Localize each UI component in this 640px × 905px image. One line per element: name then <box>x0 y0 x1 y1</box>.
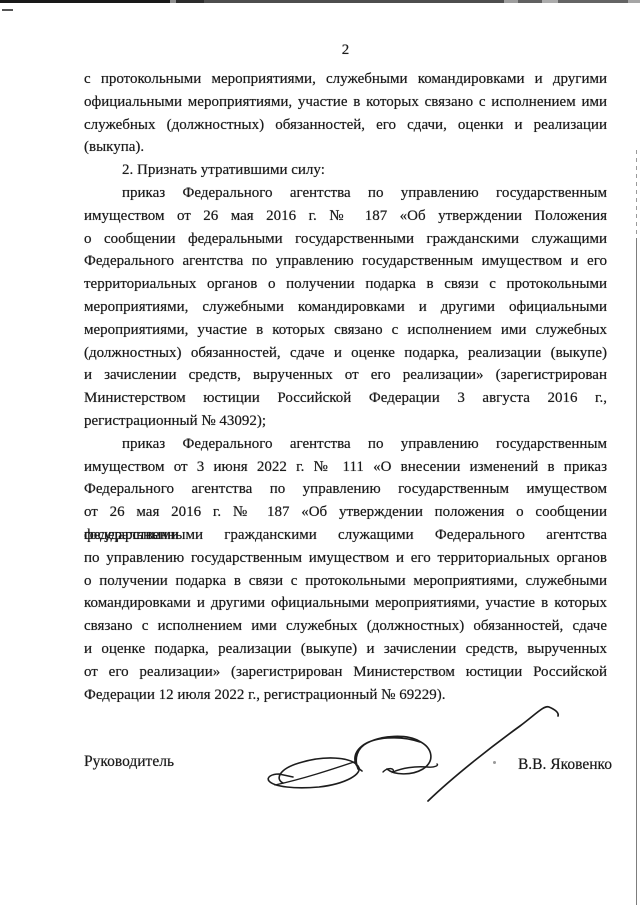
text-line: о получении подарка в связи с протокольн… <box>84 570 607 593</box>
text-line: от 26 мая 2016 г. № 187 «Об утверждении … <box>84 501 607 524</box>
text-line: имуществом от 3 июня 2022 г. № 111 «О вн… <box>84 456 607 479</box>
text-line: с протокольными мероприятиями, служебным… <box>84 68 607 91</box>
text-line: территориальных органов о получении пода… <box>84 273 607 296</box>
scan-right-edge-dashed-artifact <box>636 150 637 238</box>
text-line: Федерального агентства по управлению гос… <box>84 250 607 273</box>
text-line: государственными гражданскими служащими … <box>84 524 607 547</box>
text-line: Федерального агентства по управлению гос… <box>84 478 607 501</box>
text-line: по управлению государственным имуществом… <box>84 547 607 570</box>
text-line: официальными мероприятиями, участие в ко… <box>84 91 607 114</box>
text-line: и зачислении средств, вырученных от его … <box>84 364 607 387</box>
text-line: от его реализации» (зарегистрирован Мини… <box>84 661 607 684</box>
text-line: мероприятиями, служебными командировками… <box>84 296 607 319</box>
text-line: приказ Федерального агентства по управле… <box>84 182 607 205</box>
text-line: связано с исполнением ими служебных (дол… <box>84 615 607 638</box>
scan-noise-tick <box>2 9 13 11</box>
text-line: служебных (должностных) обязанностей, ег… <box>84 114 607 137</box>
signatory-name: В.В. Яковенко <box>84 756 612 774</box>
text-line: командировками и другими официальными ме… <box>84 592 607 615</box>
page-number: 2 <box>84 42 607 59</box>
document-body: с протокольными мероприятиями, служебным… <box>84 68 607 706</box>
text-line: регистрационный № 43092); <box>84 410 607 433</box>
document-page: 2 с протокольными мероприятиями, служебн… <box>0 0 640 905</box>
text-line: 2. Признать утратившими силу: <box>84 159 607 182</box>
text-line: имуществом от 26 мая 2016 г. № 187 «Об у… <box>84 205 607 228</box>
scan-top-edge-artifact <box>0 0 640 3</box>
text-line: (выкупа). <box>84 136 607 159</box>
text-line: мероприятиями, участие в которых связано… <box>84 319 607 342</box>
text-line: и оценке подарка, реализации (выкупе) и … <box>84 638 607 661</box>
text-line: (должностных) обязанностей, сдаче и оцен… <box>84 342 607 365</box>
scan-right-edge-artifact <box>636 238 637 905</box>
text-line: Министерством юстиции Российской Федерац… <box>84 387 607 410</box>
text-line: приказ Федерального агентства по управле… <box>84 433 607 456</box>
text-line: о сообщении федеральными государственным… <box>84 228 607 251</box>
signature-stroke <box>255 695 575 815</box>
